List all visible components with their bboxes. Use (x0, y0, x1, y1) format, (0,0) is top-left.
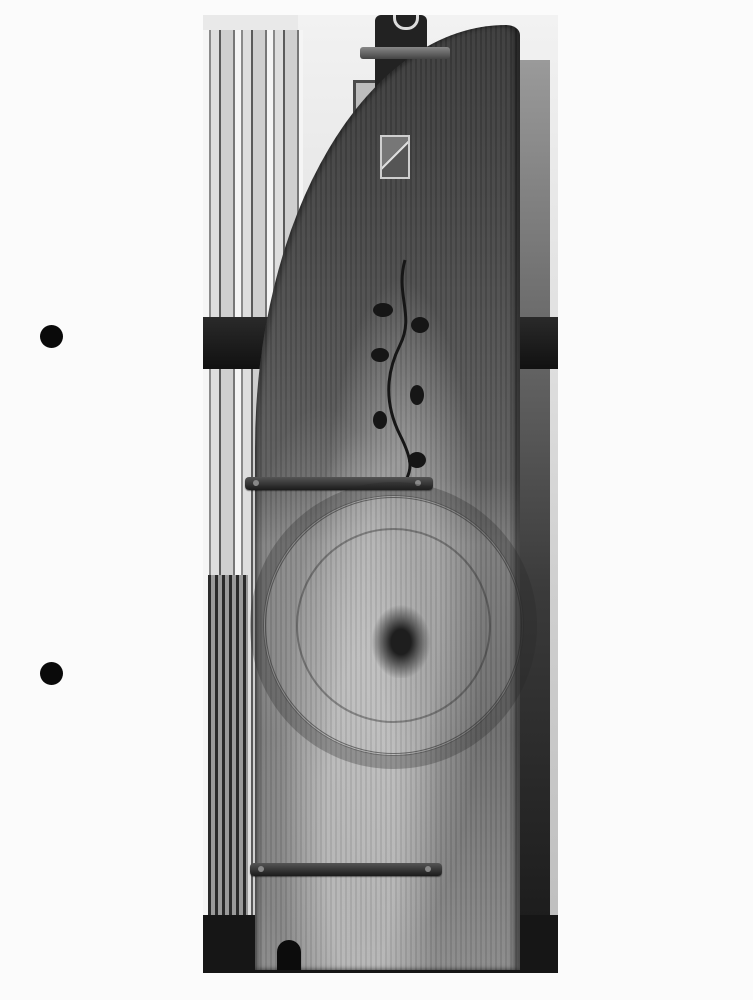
punch-hole (40, 325, 63, 348)
medallion-figure (366, 598, 436, 678)
circular-medallion (263, 495, 524, 756)
upper-hinge (245, 477, 433, 490)
lower-hinge (250, 863, 442, 876)
easel-right-post (515, 60, 550, 950)
punch-hole (40, 662, 63, 685)
easel-clamp (360, 47, 450, 59)
rivet (425, 866, 431, 872)
photograph (203, 15, 558, 973)
inventory-label (380, 135, 410, 179)
rivet (258, 866, 264, 872)
vine-motif (365, 255, 435, 485)
panel-damage-notch (277, 940, 301, 970)
rivet (253, 480, 259, 486)
rivet (415, 480, 421, 486)
window-lower-frames (208, 575, 248, 915)
